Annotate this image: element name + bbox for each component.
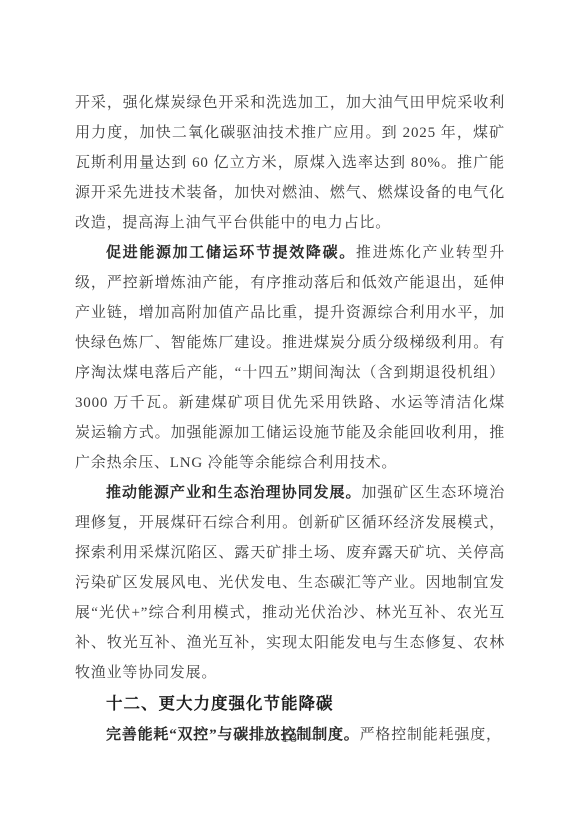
- page-number: — 18 —: [75, 729, 505, 749]
- paragraph-processing: 促进能源加工储运环节提效降碳。推进炼化产业转型升级，严控新增炼油产能，有序推动落…: [75, 238, 505, 478]
- paragraph-text: 推进炼化产业转型升级，严控新增炼油产能，有序推动落后和低效产能退出，延伸产业链，…: [75, 245, 505, 471]
- paragraph-continuation: 开采，强化煤炭绿色开采和洗选加工，加大油气田甲烷采收利用力度，加快二氧化碳驱油技…: [75, 88, 505, 238]
- paragraph-lead-sentence: 推动能源产业和生态治理协同发展。: [106, 485, 361, 501]
- paragraph-lead-sentence: 促进能源加工储运环节提效降碳。: [106, 245, 356, 261]
- paragraph-text: 加强矿区生态环境治理修复，开展煤矸石综合利用。创新矿区循环经济发展模式，探索利用…: [75, 485, 505, 681]
- section-heading: 十二、更大力度强化节能降碳: [75, 689, 505, 720]
- paragraph-ecology: 推动能源产业和生态治理协同发展。加强矿区生态环境治理修复，开展煤矸石综合利用。创…: [75, 478, 505, 688]
- paragraph-text: 开采，强化煤炭绿色开采和洗选加工，加大油气田甲烷采收利用力度，加快二氧化碳驱油技…: [75, 95, 505, 231]
- document-page: 开采，强化煤炭绿色开采和洗选加工，加大油气田甲烷采收利用力度，加快二氧化碳驱油技…: [0, 0, 580, 820]
- document-body: 开采，强化煤炭绿色开采和洗选加工，加大油气田甲烷采收利用力度，加快二氧化碳驱油技…: [75, 88, 505, 750]
